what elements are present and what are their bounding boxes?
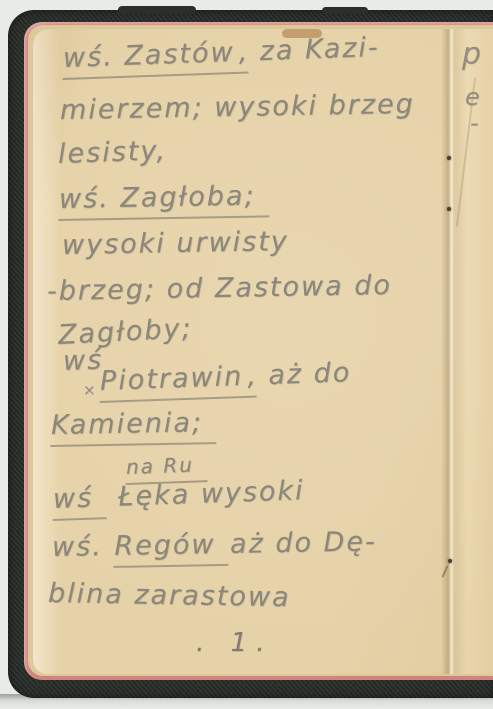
handwriting-line: -brzeg; od Zastowa do [47,270,392,307]
handwriting-line: Piotrawin, aż do [98,357,351,397]
page-number: . 1. [196,628,273,658]
handwriting-line: Kamienia; [50,407,207,441]
handwriting-text: wysoki urwisty [62,226,289,261]
handwriting-fragment: × [83,381,96,399]
handwriting-text: lesisty, [57,135,167,170]
handwriting-text: -brzeg; od Zastowa do [47,270,392,307]
handwriting-text: wś [62,345,103,377]
handwriting-underlined-word: Regów [113,529,229,568]
handwriting-text: blina zarastowa [48,578,291,613]
handwriting-line: wysoki urwisty [62,226,289,261]
handwriting-text: Łęka wysoki [97,475,305,513]
cover-edge-bump [322,7,368,14]
handwriting-text: aż do Dę- [219,526,377,560]
handwriting-text: , aż do [247,357,352,392]
cover-edge-bump [118,6,196,14]
handwriting-underlined-word: wś. Zastów [61,37,248,80]
handwriting-line: lesisty, [57,135,167,170]
notebook-page: wś. Zastów, za Kazi-mierzem; wysoki brze… [33,29,493,674]
handwriting-text: , za Kazi- [238,32,380,68]
notebook-photo: wś. Zastów, za Kazi-mierzem; wysoki brze… [0,0,493,709]
handwriting-line: wś Łęka wysoki [51,475,305,515]
handwriting-underlined-word: Kamienia; [50,407,217,447]
handwriting-text: mierzem; wysoki brzeg [60,89,415,126]
handwriting-line: wś. Regów aż do Dę- [52,526,377,563]
handwriting-line: mierzem; wysoki brzeg [60,89,415,126]
handwriting-fragment: p [462,37,481,72]
stitch-hole [447,207,451,211]
handwriting-underlined-word: Piotrawin [98,361,256,403]
handwriting-underlined-word: wś. Zagłoba; [58,180,269,221]
handwriting-line: wś [62,345,103,377]
stitch-hole [447,156,451,160]
handwriting-line: wś. Zagłoba; [58,180,260,215]
stitch-hole [448,559,452,563]
handwriting-line: wś. Zastów, za Kazi- [61,32,380,74]
handwriting-fragment: - [470,109,479,137]
handwriting-line: na Ru [125,452,199,479]
handwriting-fragment: e [465,83,480,111]
handwriting-line: blina zarastowa [48,578,291,613]
handwriting-text: wś. [52,531,114,563]
